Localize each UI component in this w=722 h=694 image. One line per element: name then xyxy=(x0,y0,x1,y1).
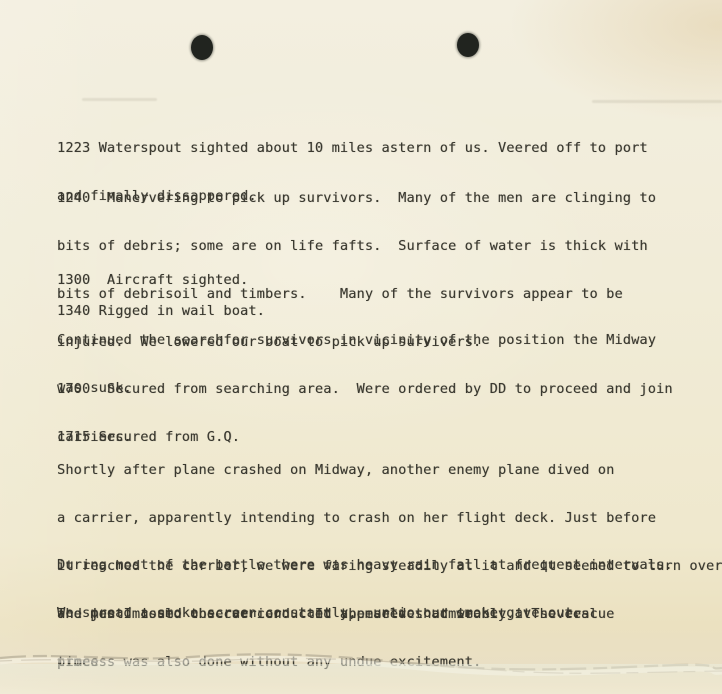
document-line: Shortly after plane crashed on Midway, a… xyxy=(57,462,722,478)
log-entry-conduct: The men I could observe conducted themse… xyxy=(57,574,614,694)
document-line: a carrier, apparently intending to crash… xyxy=(57,510,722,526)
document-line: The men I could observe conducted themse… xyxy=(57,606,614,622)
punch-hole-left xyxy=(191,35,213,60)
document-line: 1240 Manervering to pick up survivors. M… xyxy=(57,190,656,206)
underlying-sheet-edge-left xyxy=(82,98,157,101)
document-line: Continued the searchfor survivors in vic… xyxy=(57,332,656,348)
underlying-sheet-edge-right xyxy=(592,100,722,103)
scanned-document-page: 1223 Waterspout sighted about 10 miles a… xyxy=(0,0,722,694)
document-line: During most of the battle there was heav… xyxy=(57,557,673,573)
punch-hole-right xyxy=(457,33,479,57)
document-line: process was also done without any undue … xyxy=(57,654,614,670)
document-line: 1223 Waterspout sighted about 10 miles a… xyxy=(57,140,648,156)
document-line: 1700 Secured from searching area. Were o… xyxy=(57,381,673,397)
